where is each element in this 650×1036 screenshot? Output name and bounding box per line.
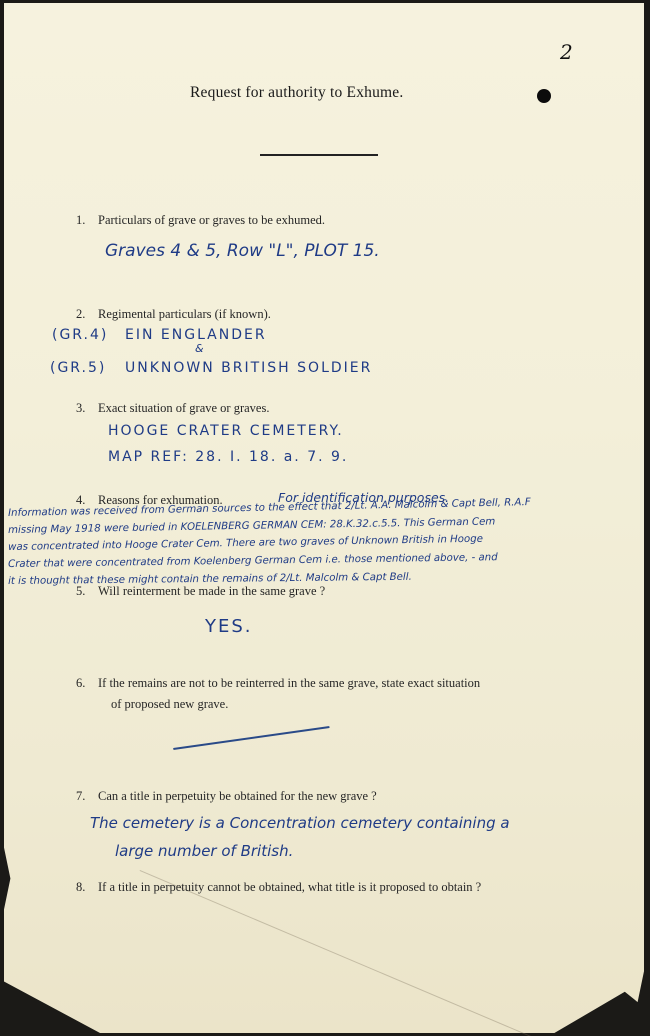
title-divider: [260, 154, 378, 156]
question-7: 7.Can a title in perpetuity be obtained …: [76, 789, 377, 804]
question-6: 6.If the remains are not to be reinterre…: [76, 676, 480, 691]
page-title: Request for authority to Exhume.: [190, 84, 403, 102]
answer-5: YES.: [205, 616, 253, 637]
punch-hole-icon: [537, 89, 551, 103]
answer-3-cemetery: HOOGE CRATER CEMETERY.: [108, 423, 344, 439]
question-6-continuation: of proposed new grave.: [111, 697, 228, 712]
answer-2-ampersand: &: [195, 342, 204, 355]
answer-3-map-ref: MAP REF: 28. I. 18. a. 7. 9.: [108, 449, 348, 465]
page-number-mark: 2: [560, 40, 573, 64]
answer-2-grave4-label: (GR.4): [52, 327, 108, 343]
answer-2-grave4: EIN ENGLANDER: [125, 327, 267, 343]
question-2: 2.Regimental particulars (if known).: [76, 307, 271, 322]
answer-7-line-1: The cemetery is a Concentration cemetery…: [90, 814, 510, 832]
question-3: 3.Exact situation of grave or graves.: [76, 401, 269, 416]
document-page: [4, 3, 644, 1033]
question-8: 8.If a title in perpetuity cannot be obt…: [76, 880, 481, 895]
question-1: 1.Particulars of grave or graves to be e…: [76, 213, 325, 228]
answer-1: Graves 4 & 5, Row "L", PLOT 15.: [105, 241, 380, 261]
question-5: 5.Will reinterment be made in the same g…: [76, 584, 325, 599]
answer-7-line-2: large number of British.: [115, 842, 293, 860]
answer-2-grave5: UNKNOWN BRITISH SOLDIER: [125, 360, 372, 376]
answer-2-grave5-label: (GR.5): [50, 360, 106, 376]
